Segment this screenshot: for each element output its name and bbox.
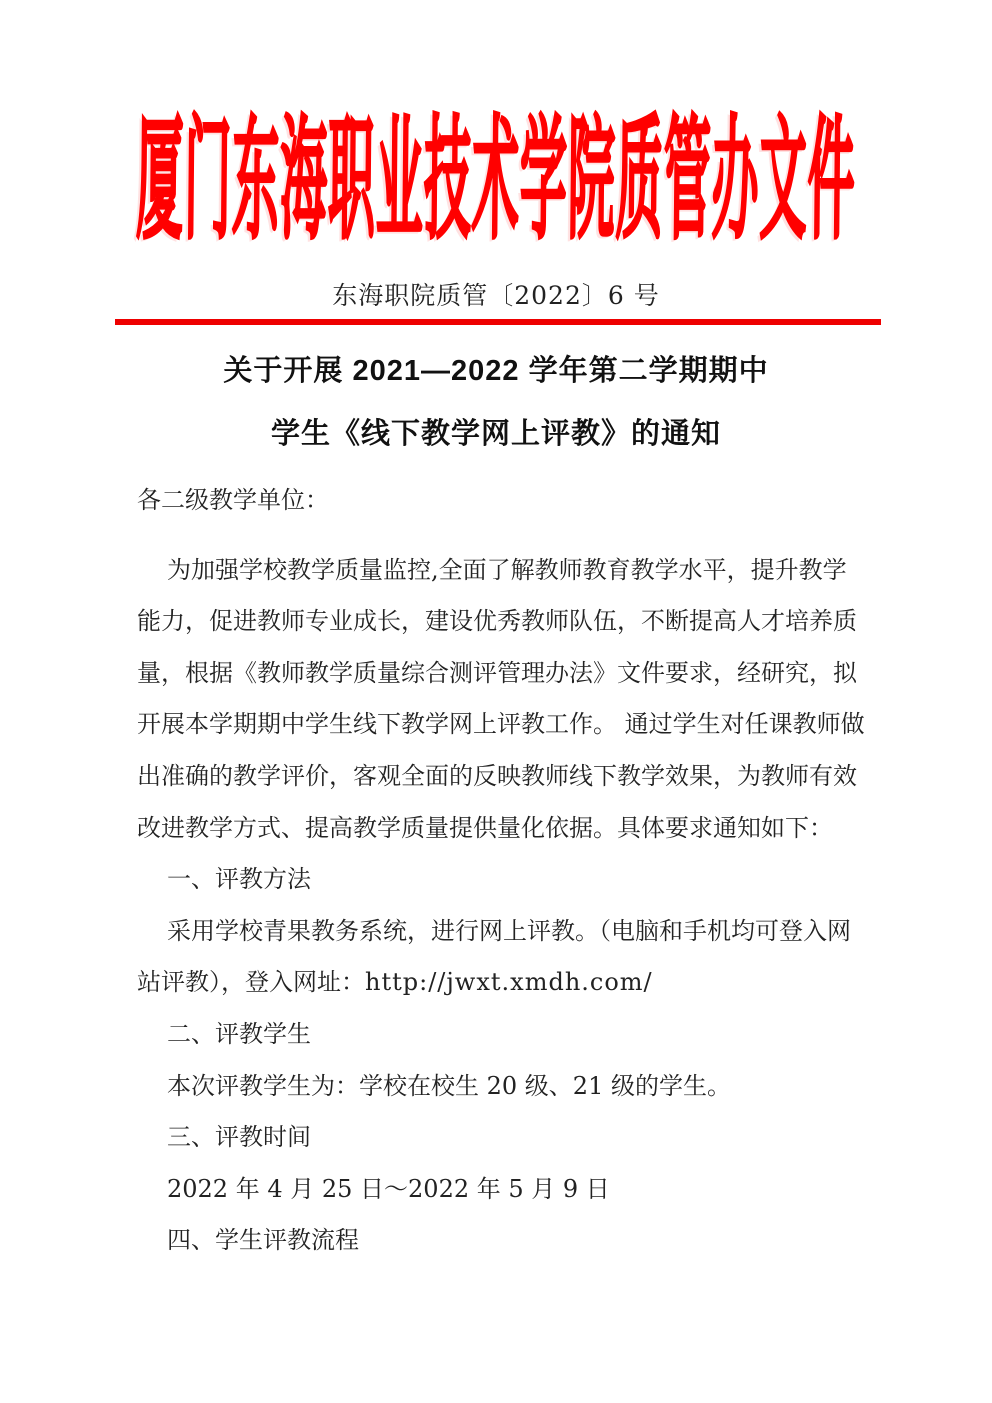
section-heading-evaluation-method: 一、评教方法 xyxy=(137,854,867,906)
evaluation-time-range: 2022 年 4 月 25 日～2022 年 5 月 9 日 xyxy=(137,1164,867,1216)
red-header-org-title: 厦门东海职业技术学院质管办文件 xyxy=(136,110,857,252)
intro-paragraph-line: 为加强学校教学质量监控,全面了解教师教育教学水平，提升教学 xyxy=(137,545,867,597)
salutation: 各二级教学单位： xyxy=(137,475,867,527)
document-title-line2: 学生《线下教学网上评教》的通知 xyxy=(0,403,992,466)
header-divider-line xyxy=(115,319,881,325)
section-heading-evaluation-process: 四、学生评教流程 xyxy=(137,1215,867,1267)
evaluation-method-line: 站评教），登入网址：http://jwxt.xmdh.com/ xyxy=(137,957,867,1009)
document-title-line1: 关于开展 2021—2022 学年第二学期期中 xyxy=(0,340,992,403)
login-url-label: 站评教），登入网址： xyxy=(137,968,365,996)
document-body: 各二级教学单位： 为加强学校教学质量监控,全面了解教师教育教学水平，提升教学 能… xyxy=(137,475,867,1267)
section-heading-evaluation-time: 三、评教时间 xyxy=(137,1112,867,1164)
document-title: 关于开展 2021—2022 学年第二学期期中 学生《线下教学网上评教》的通知 xyxy=(0,340,992,466)
intro-paragraph-line: 出准确的教学评价，客观全面的反映教师线下教学效果，为教师有效 xyxy=(137,751,867,803)
intro-paragraph-line: 能力，促进教师专业成长，建设优秀教师队伍，不断提高人才培养质 xyxy=(137,596,867,648)
evaluation-students-line: 本次评教学生为：学校在校生 20 级、21 级的学生。 xyxy=(137,1061,867,1113)
document-page: 厦门东海职业技术学院质管办文件 东海职院质管〔2022〕6 号 关于开展 202… xyxy=(0,0,992,1403)
section-heading-evaluation-students: 二、评教学生 xyxy=(137,1009,867,1061)
evaluation-method-line: 采用学校青果教务系统，进行网上评教。（电脑和手机均可登入网 xyxy=(137,906,867,958)
intro-paragraph: 为加强学校教学质量监控,全面了解教师教育教学水平，提升教学 能力，促进教师专业成… xyxy=(137,545,867,855)
intro-paragraph-line: 量，根据《教师教学质量综合测评管理办法》文件要求，经研究，拟 xyxy=(137,648,867,700)
intro-paragraph-line: 改进教学方式、提高教学质量提供量化依据。具体要求通知如下： xyxy=(137,803,867,855)
document-number: 东海职院质管〔2022〕6 号 xyxy=(0,282,992,310)
intro-paragraph-line: 开展本学期期中学生线下教学网上评教工作。 通过学生对任课教师做 xyxy=(137,699,867,751)
login-url: http://jwxt.xmdh.com/ xyxy=(365,968,653,996)
